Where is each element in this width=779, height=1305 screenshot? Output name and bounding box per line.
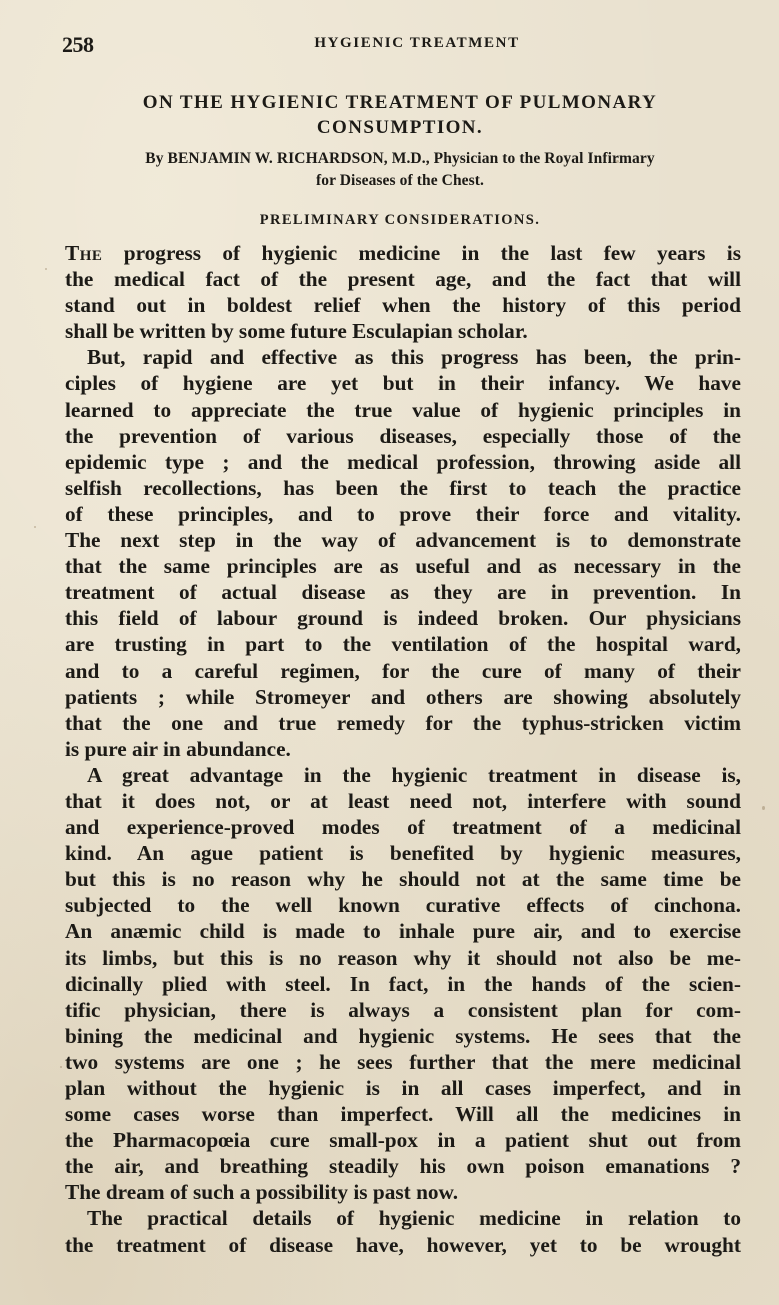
text-line: learned to appreciate the true value of … [65,397,741,423]
text-line: selfish recollections, has been the firs… [65,475,741,501]
running-title: HYGIENIC TREATMENT [62,35,742,52]
book-page: 258 HYGIENIC TREATMENT ON THE HYGIENIC T… [0,0,779,1305]
text-line: of these principles, and to prove their … [65,501,741,527]
text-line: some cases worse than imperfect. Will al… [65,1101,741,1127]
text-line: the air, and breathing steadily his own … [65,1153,741,1179]
text-line: But, rapid and effective as this progres… [65,344,741,370]
text-line: kind. An ague patient is benefited by hy… [65,840,741,866]
section-heading: PRELIMINARY CONSIDERATIONS. [60,212,740,229]
text-line: shall be written by some future Esculapi… [65,318,741,344]
text-line: patients ; while Stromeyer and others ar… [65,684,741,710]
text-line: The next step in the way of advancement … [65,527,741,553]
paper-speck [45,268,47,270]
text-line: An anæmic child is made to inhale pure a… [65,918,741,944]
author-byline: By BENJAMIN W. RICHARDSON, M.D., Physici… [60,148,740,192]
text-line: A great advantage in the hygienic treatm… [65,762,741,788]
article-title-line-2: CONSUMPTION. [317,117,483,138]
text-line: and to a careful regimen, for the cure o… [65,658,741,684]
text-line: the treatment of disease have, however, … [65,1232,741,1258]
text-line: stand out in boldest relief when the his… [65,292,741,318]
text-line: treatment of actual disease as they are … [65,579,741,605]
text-line: are trusting in part to the ventilation … [65,631,741,657]
byline-line-1: By BENJAMIN W. RICHARDSON, M.D., Physici… [145,150,654,167]
text-line: subjected to the well known curative eff… [65,892,741,918]
text-line: that it does not, or at least need not, … [65,788,741,814]
text-line: The dream of such a possibility is past … [65,1179,741,1205]
article-title-block: ON THE HYGIENIC TREATMENT OF PULMONARY C… [60,90,740,229]
text-line: this field of labour ground is indeed br… [65,605,741,631]
text-line: the medical fact of the present age, and… [65,266,741,292]
text-line: but this is no reason why he should not … [65,866,741,892]
text-line: its limbs, but this is no reason why it … [65,945,741,971]
text-line: bining the medicinal and hygienic system… [65,1023,741,1049]
paper-speck [34,526,36,528]
text-line: The practical details of hygienic medici… [65,1205,741,1231]
text-line: ciples of hygiene are yet but in their i… [65,370,741,396]
text-line: is pure air in abundance. [65,736,741,762]
text-line: two systems are one ; he sees further th… [65,1049,741,1075]
text-line: epidemic type ; and the medical professi… [65,449,741,475]
paper-speck [762,806,765,810]
running-head: 258 HYGIENIC TREATMENT [62,30,742,60]
text-line: the prevention of various diseases, espe… [65,423,741,449]
text-line: and experience-proved modes of treatment… [65,814,741,840]
paper-speck [60,1066,62,1068]
text-line: that the same principles are as useful a… [65,553,741,579]
text-line: the Pharmacopœia cure small-pox in a pat… [65,1127,741,1153]
opening-word: The [65,241,102,265]
article-title: ON THE HYGIENIC TREATMENT OF PULMONARY C… [60,90,740,140]
text-line: tific physician, there is always a consi… [65,997,741,1023]
text-line: plan without the hygienic is in all case… [65,1075,741,1101]
paper-speck [616,160,619,163]
text-line: dicinally plied with steel. In fact, in … [65,971,741,997]
body-text: The progress of hygienic medicine in the… [65,240,741,1258]
text-line: that the one and true remedy for the typ… [65,710,741,736]
article-title-line-1: ON THE HYGIENIC TREATMENT OF PULMONARY [143,92,657,113]
text-line: The progress of hygienic medicine in the… [65,240,741,266]
byline-line-2: for Diseases of the Chest. [316,172,484,189]
